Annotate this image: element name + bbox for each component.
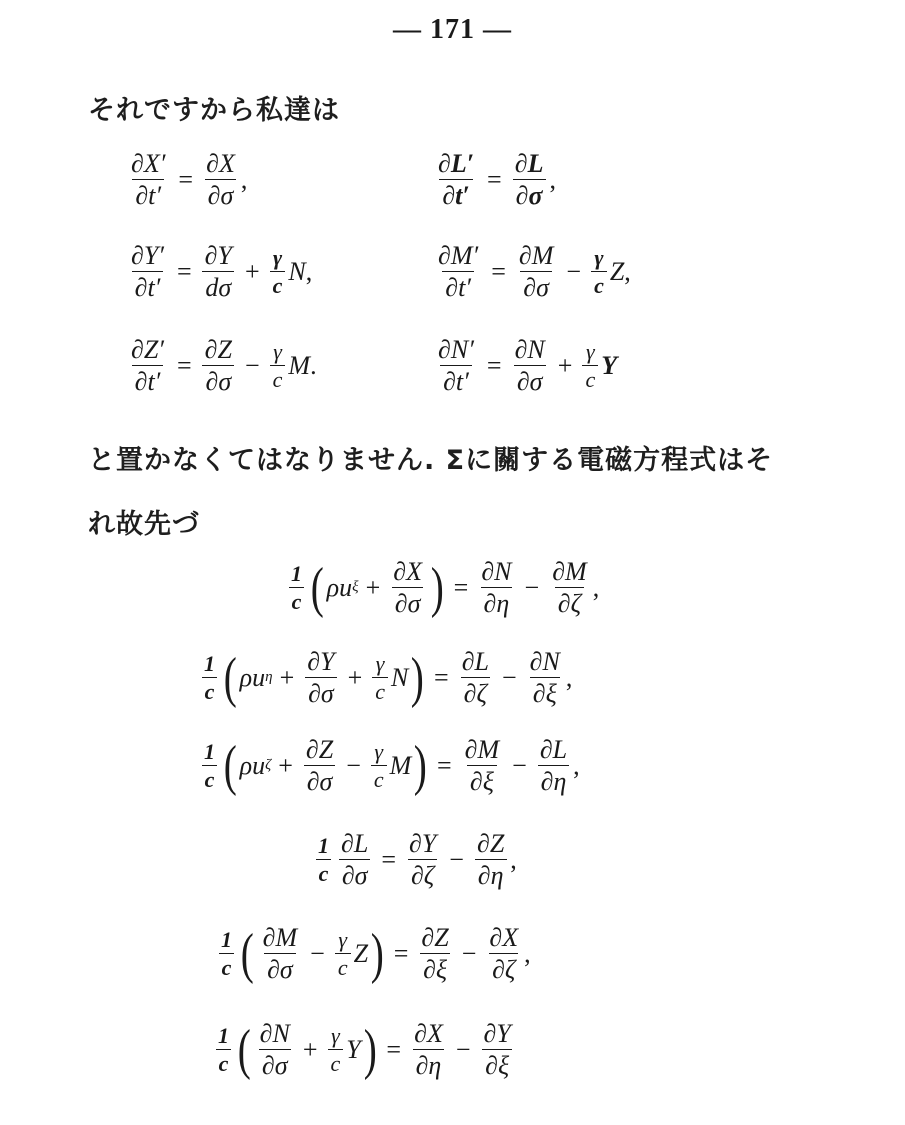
- equation-m-prime: ∂M′∂t′ = ∂M∂σ − γc Z,: [432, 242, 631, 302]
- field-equation-3: 1c ( ρuζ + ∂Z∂σ − γc M ) = ∂M∂ξ − ∂L∂η ,: [198, 736, 580, 796]
- equation-l-prime: ∂L′∂t′ = ∂L∂σ ,: [432, 150, 556, 210]
- equation-n-prime: ∂N′∂t′ = ∂N∂σ + γc Y: [432, 336, 617, 396]
- intro-text: それですから私達は: [88, 88, 340, 127]
- field-equation-2: 1c ( ρuη + ∂Y∂σ + γc N ) = ∂L∂ζ − ∂N∂ξ ,: [198, 648, 572, 708]
- page-number: — 171 —: [0, 14, 905, 46]
- field-equation-5: 1c ( ∂M∂σ − γc Z ) = ∂Z∂ξ − ∂X∂ζ ,: [215, 924, 531, 984]
- body-text-line-2: れ故先づ: [88, 502, 200, 541]
- fraction: ∂X′∂t′: [128, 150, 168, 210]
- equation-z-prime: ∂Z′∂t′ = ∂Z∂σ − γc M.: [125, 336, 317, 396]
- field-equation-6: 1c ( ∂N∂σ + γc Y ) = ∂X∂η − ∂Y∂ξ: [212, 1020, 517, 1080]
- body-text-line-1: と置かなくてはなりません. Σに關する電磁方程式はそ: [88, 438, 773, 477]
- field-equation-4: 1c ∂L∂σ = ∂Y∂ζ − ∂Z∂η ,: [312, 830, 517, 890]
- equation-y-prime: ∂Y′∂t′ = ∂Ydσ + γc N,: [125, 242, 312, 302]
- equation-x-prime: ∂X′∂t′ = ∂X∂σ ,: [125, 150, 247, 210]
- field-equation-1: 1c ( ρuξ + ∂X∂σ ) = ∂N∂η − ∂M∂ζ ,: [285, 558, 599, 618]
